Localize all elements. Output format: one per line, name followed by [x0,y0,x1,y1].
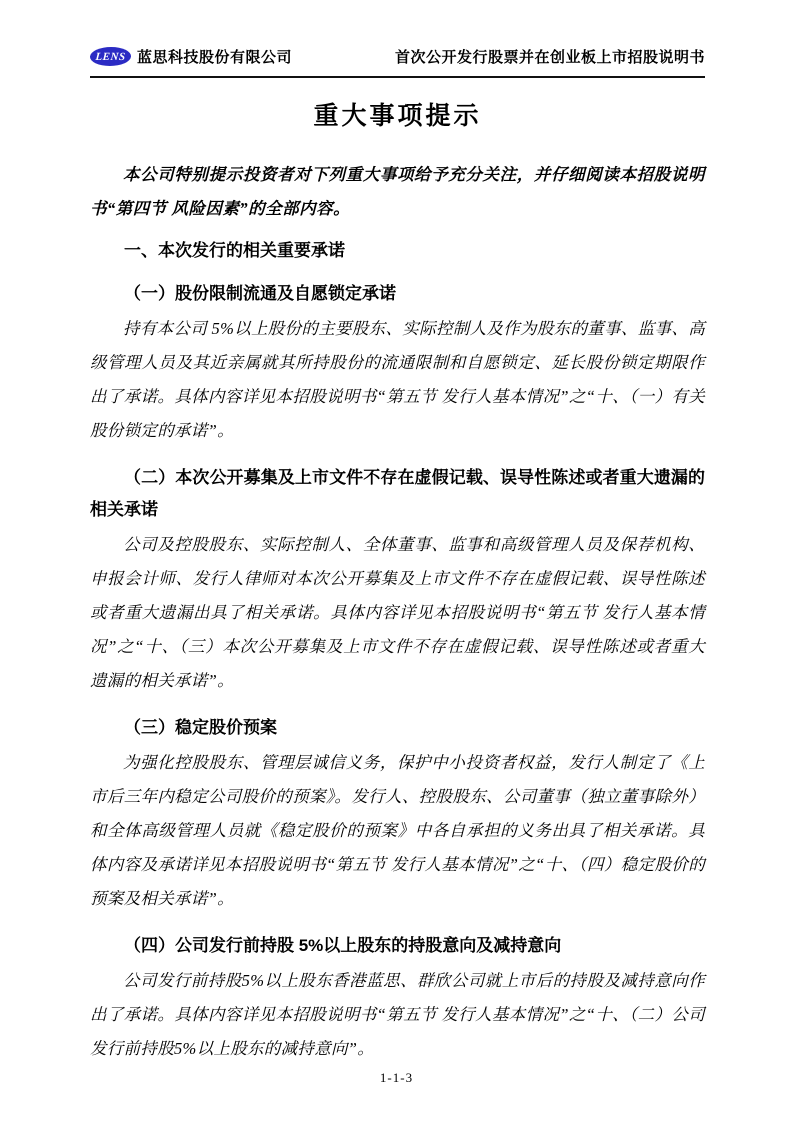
subsection-heading-2: （二）本次公开募集及上市文件不存在虚假记载、误导性陈述或者重大遗漏的相关承诺 [90,462,705,526]
page-header: LENS 蓝思科技股份有限公司 首次公开发行股票并在创业板上市招股说明书 [90,46,705,78]
page-title: 重大事项提示 [90,98,705,134]
subsection-body-2: 公司及控股股东、实际控制人、全体董事、监事和高级管理人员及保荐机构、申报会计师、… [90,528,705,698]
page-number: 1-1-3 [0,1070,793,1086]
company-name: 蓝思科技股份有限公司 [137,46,292,67]
section-heading-1: 一、本次发行的相关重要承诺 [90,238,705,264]
subsection-body-1: 持有本公司 5%以上股份的主要股东、实际控制人及作为股东的董事、监事、高级管理人… [90,312,705,448]
subsection-heading-1: （一）股份限制流通及自愿锁定承诺 [90,278,705,310]
subsection-heading-3: （三）稳定股价预案 [90,712,705,744]
intro-paragraph: 本公司特别提示投资者对下列重大事项给予充分关注，并仔细阅读本招股说明书“第四节 … [90,158,705,226]
prospectus-page: LENS 蓝思科技股份有限公司 首次公开发行股票并在创业板上市招股说明书 重大事… [0,0,793,1122]
header-company-block: LENS 蓝思科技股份有限公司 [90,46,292,67]
subsection-body-4: 公司发行前持股5%以上股东香港蓝思、群欣公司就上市后的持股及减持意向作出了承诺。… [90,964,705,1066]
subsection-body-3: 为强化控股股东、管理层诚信义务，保护中小投资者权益，发行人制定了《上市后三年内稳… [90,746,705,916]
subsection-heading-4: （四）公司发行前持股 5%以上股东的持股意向及减持意向 [90,930,705,962]
lens-logo-icon: LENS [89,47,131,66]
document-type-label: 首次公开发行股票并在创业板上市招股说明书 [395,46,705,67]
